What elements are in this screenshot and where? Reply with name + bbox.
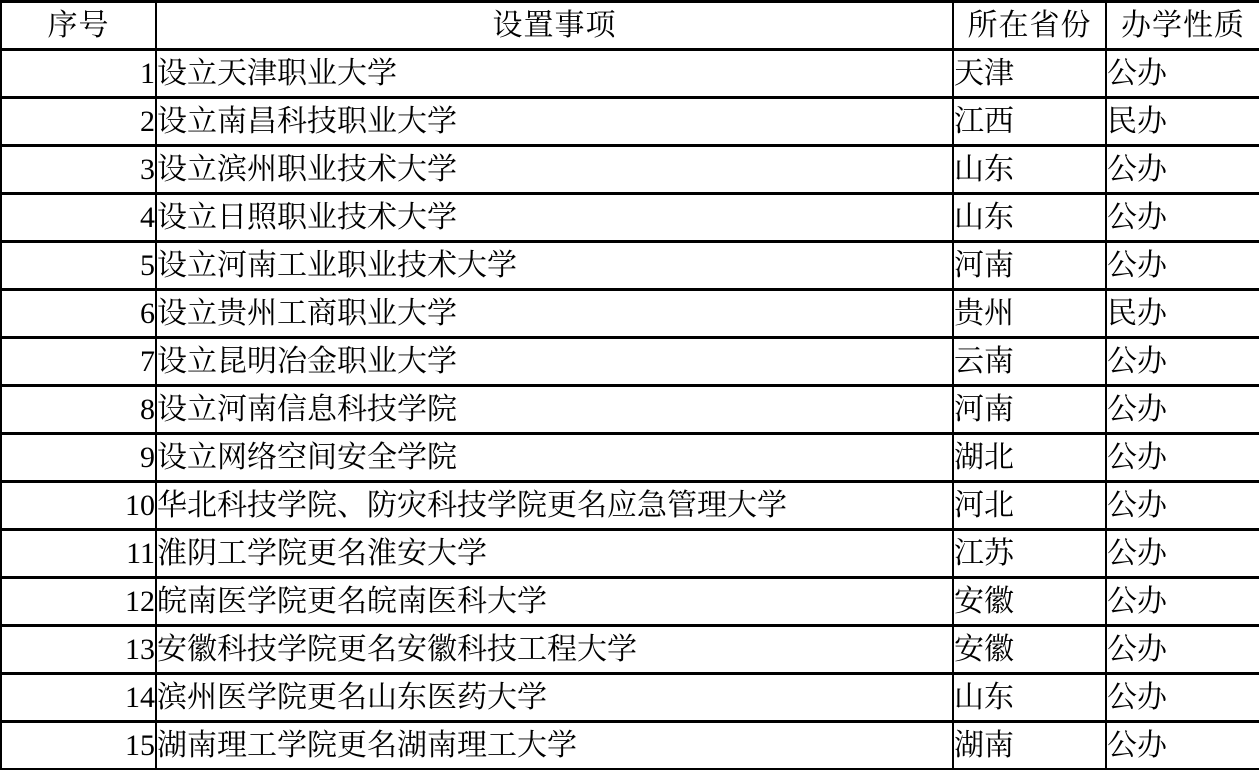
- cell-province: 江西: [953, 98, 1106, 146]
- cell-item: 设立天津职业大学: [156, 50, 953, 98]
- cell-seq: 3: [1, 146, 156, 194]
- cell-item: 设立南昌科技职业大学: [156, 98, 953, 146]
- cell-type: 公办: [1106, 530, 1259, 578]
- cell-seq: 15: [1, 722, 156, 770]
- table-row: 13 安徽科技学院更名安徽科技工程大学 安徽 公办: [1, 626, 1259, 674]
- cell-seq: 8: [1, 386, 156, 434]
- table-row: 15 湖南理工学院更名湖南理工大学 湖南 公办: [1, 722, 1259, 770]
- table-row: 6 设立贵州工商职业大学 贵州 民办: [1, 290, 1259, 338]
- table-row: 4 设立日照职业技术大学 山东 公办: [1, 194, 1259, 242]
- cell-province: 山东: [953, 194, 1106, 242]
- cell-item: 设立河南信息科技学院: [156, 386, 953, 434]
- cell-type: 公办: [1106, 434, 1259, 482]
- cell-seq: 13: [1, 626, 156, 674]
- cell-seq: 5: [1, 242, 156, 290]
- cell-province: 湖南: [953, 722, 1106, 770]
- cell-item: 淮阴工学院更名淮安大学: [156, 530, 953, 578]
- table-row: 11 淮阴工学院更名淮安大学 江苏 公办: [1, 530, 1259, 578]
- cell-item: 设立滨州职业技术大学: [156, 146, 953, 194]
- cell-type: 公办: [1106, 626, 1259, 674]
- cell-seq: 11: [1, 530, 156, 578]
- header-seq: 序号: [1, 2, 156, 50]
- cell-province: 江苏: [953, 530, 1106, 578]
- cell-item: 设立网络空间安全学院: [156, 434, 953, 482]
- table-row: 1 设立天津职业大学 天津 公办: [1, 50, 1259, 98]
- cell-province: 河南: [953, 386, 1106, 434]
- cell-item: 滨州医学院更名山东医药大学: [156, 674, 953, 722]
- cell-type: 公办: [1106, 50, 1259, 98]
- cell-province: 山东: [953, 146, 1106, 194]
- cell-province: 湖北: [953, 434, 1106, 482]
- cell-seq: 7: [1, 338, 156, 386]
- cell-province: 安徽: [953, 626, 1106, 674]
- cell-seq: 14: [1, 674, 156, 722]
- cell-province: 河北: [953, 482, 1106, 530]
- table-row: 10 华北科技学院、防灾科技学院更名应急管理大学 河北 公办: [1, 482, 1259, 530]
- cell-type: 公办: [1106, 146, 1259, 194]
- cell-type: 公办: [1106, 242, 1259, 290]
- table-row: 9 设立网络空间安全学院 湖北 公办: [1, 434, 1259, 482]
- table-row: 12 皖南医学院更名皖南医科大学 安徽 公办: [1, 578, 1259, 626]
- cell-seq: 2: [1, 98, 156, 146]
- cell-province: 天津: [953, 50, 1106, 98]
- cell-item: 湖南理工学院更名湖南理工大学: [156, 722, 953, 770]
- cell-type: 民办: [1106, 290, 1259, 338]
- cell-type: 公办: [1106, 194, 1259, 242]
- cell-province: 河南: [953, 242, 1106, 290]
- table-row: 3 设立滨州职业技术大学 山东 公办: [1, 146, 1259, 194]
- cell-item: 华北科技学院、防灾科技学院更名应急管理大学: [156, 482, 953, 530]
- cell-type: 公办: [1106, 674, 1259, 722]
- cell-type: 公办: [1106, 386, 1259, 434]
- table-row: 7 设立昆明冶金职业大学 云南 公办: [1, 338, 1259, 386]
- cell-item: 皖南医学院更名皖南医科大学: [156, 578, 953, 626]
- cell-type: 公办: [1106, 722, 1259, 770]
- cell-seq: 9: [1, 434, 156, 482]
- cell-item: 设立昆明冶金职业大学: [156, 338, 953, 386]
- cell-item: 安徽科技学院更名安徽科技工程大学: [156, 626, 953, 674]
- table-row: 14 滨州医学院更名山东医药大学 山东 公办: [1, 674, 1259, 722]
- header-province: 所在省份: [953, 2, 1106, 50]
- cell-seq: 6: [1, 290, 156, 338]
- cell-seq: 10: [1, 482, 156, 530]
- cell-item: 设立日照职业技术大学: [156, 194, 953, 242]
- cell-province: 贵州: [953, 290, 1106, 338]
- cell-province: 山东: [953, 674, 1106, 722]
- table-row: 2 设立南昌科技职业大学 江西 民办: [1, 98, 1259, 146]
- cell-item: 设立河南工业职业技术大学: [156, 242, 953, 290]
- cell-seq: 12: [1, 578, 156, 626]
- cell-seq: 4: [1, 194, 156, 242]
- cell-seq: 1: [1, 50, 156, 98]
- cell-item: 设立贵州工商职业大学: [156, 290, 953, 338]
- header-item: 设置事项: [156, 2, 953, 50]
- header-type: 办学性质: [1106, 2, 1259, 50]
- header-row: 序号 设置事项 所在省份 办学性质: [1, 2, 1259, 50]
- cell-province: 安徽: [953, 578, 1106, 626]
- cell-type: 公办: [1106, 578, 1259, 626]
- cell-province: 云南: [953, 338, 1106, 386]
- cell-type: 民办: [1106, 98, 1259, 146]
- table-row: 8 设立河南信息科技学院 河南 公办: [1, 386, 1259, 434]
- university-setup-table: 序号 设置事项 所在省份 办学性质 1 设立天津职业大学 天津 公办 2 设立南…: [0, 0, 1259, 770]
- cell-type: 公办: [1106, 338, 1259, 386]
- cell-type: 公办: [1106, 482, 1259, 530]
- table-row: 5 设立河南工业职业技术大学 河南 公办: [1, 242, 1259, 290]
